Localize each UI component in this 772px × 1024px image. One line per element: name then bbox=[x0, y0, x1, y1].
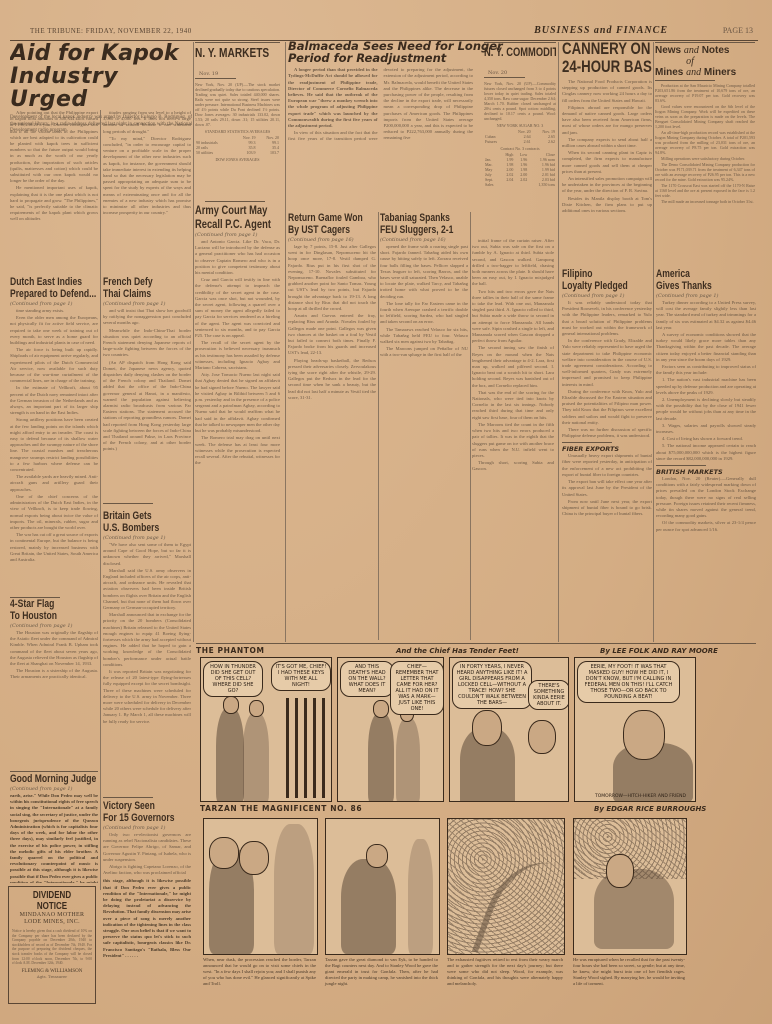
kapok-col-2: titudes ranging from sea level to a heig… bbox=[103, 110, 191, 280]
tarzan-caption-4: He was enraptured when he recalled that … bbox=[573, 957, 685, 987]
phantom-panel-2: AND THIS DEATH'S HEAD ON THE WALL? WHAT … bbox=[337, 657, 444, 802]
tarzan-caption-1: When, near dusk, the procession reached … bbox=[203, 957, 316, 987]
tabaniag-headline-1: Tabaniag Spanks bbox=[380, 212, 449, 224]
table-row: Futures2.612.62 bbox=[484, 139, 556, 144]
article-tabaniag: Tabaniag Spanks FEU Sluggers, 2-1 (Conti… bbox=[380, 212, 468, 637]
sugar-futures-table: HighLowCloseJan.1.991.961.96 nomMar.1.98… bbox=[484, 152, 556, 187]
fiber-headline: FIBER EXPORTS bbox=[562, 446, 652, 453]
sugar-table: Nov. 20Nov. 19Cuban2.642.65Futures2.612.… bbox=[484, 129, 556, 144]
tarzan-caption-3: The exhausted fugitives retired to rest … bbox=[447, 957, 563, 987]
article-britain-bombers: Britain Gets U.S. Bombers (Continued fro… bbox=[103, 510, 191, 800]
ny-commodities-headline: N. Y. COMMODITIES bbox=[484, 45, 540, 59]
phantom-panel-3: IN FORTY YEARS, I NEVER HEARD ANYTHING L… bbox=[449, 657, 569, 802]
ny-markets-headline: N. Y. MARKETS bbox=[195, 45, 261, 60]
ny-markets: N. Y. MARKETS Nov. 19 New York, Nov. 20 … bbox=[195, 42, 280, 162]
dividend-title: DIVIDEND NOTICE bbox=[20, 890, 84, 912]
army-headline-1: Army Court May bbox=[195, 203, 261, 217]
loyalty-headline-1: Filipino bbox=[562, 268, 632, 280]
phantom-title: THE PHANTOM bbox=[196, 646, 265, 655]
victory-headline-2: For 15 Governors bbox=[103, 812, 172, 824]
britain-headline-2: U.S. Bombers bbox=[103, 522, 172, 534]
phantom-panel-1: HOW IN THUNDER DID SHE GET OUT OF THIS C… bbox=[200, 657, 332, 802]
tarzan-byline: By EDGAR RICE BURROUGHS bbox=[594, 805, 706, 813]
standard-statistics-table: Nov. 19Nov. 2090 industrials99.399.120 r… bbox=[195, 135, 280, 155]
army-headline-2: Recall P.C. Agent bbox=[195, 217, 261, 231]
masthead: THE TRIBUNE: FRIDAY, NOVEMBER 22, 1940 B… bbox=[10, 26, 758, 41]
article-good-morning-judge: Good Morning Judge (Continued from page … bbox=[10, 773, 98, 883]
tarzan-title: TARZAN THE MAGNIFICENT NO. 86 bbox=[200, 804, 362, 813]
cannery-headline-2: 24-HOUR BASIS bbox=[562, 58, 632, 76]
kapok-headline-2: Industry Urged bbox=[10, 65, 192, 111]
article-news-notes-mines: News and Notes of Mines and Miners Produ… bbox=[655, 42, 755, 237]
article-victory-seen: Victory Seen For 15 Governors (Continued… bbox=[103, 800, 191, 1010]
article-filipino-loyalty: Filipino Loyalty Pledged (Continued from… bbox=[562, 268, 652, 640]
cannery-headline-1: CANNERY ON bbox=[562, 40, 632, 58]
dividend-notice: DIVIDEND NOTICE MINDANAO MOTHER LODE MIN… bbox=[8, 886, 96, 1004]
page-number: PAGE 13 bbox=[723, 26, 753, 35]
british-markets-headline: BRITISH MARKETS bbox=[656, 469, 756, 476]
tarzan-panel-4 bbox=[573, 818, 687, 955]
tarzan-panel-1 bbox=[203, 818, 318, 955]
section-title: BUSINESS and FINANCE bbox=[534, 25, 668, 36]
article-army-court: Army Court May Recall P.C. Agent (Contin… bbox=[195, 203, 280, 640]
judge-headline: Good Morning Judge bbox=[10, 773, 79, 785]
dutch-headline-2: Prepared to Defend... bbox=[10, 288, 79, 300]
phantom-panel-4: EERIE, MY FOOT! IT WAS THAT MASKED GUY! … bbox=[574, 657, 696, 802]
loyalty-headline-2: Loyalty Pledged bbox=[562, 280, 632, 292]
article-four-star-flag: 4-Star Flag To Houston (Continued from p… bbox=[10, 598, 98, 696]
return-game-headline-1: Return Game Won bbox=[288, 212, 357, 224]
newspaper-page: THE TRIBUNE: FRIDAY, NOVEMBER 22, 1940 B… bbox=[0, 0, 772, 1024]
america-headline-1: America bbox=[656, 268, 734, 280]
article-dutch-east-indies: Dutch East Indies Prepared to Defend... … bbox=[10, 276, 98, 576]
tarzan-panel-2 bbox=[325, 818, 440, 955]
tarzan-caption-2: Tarzan gave the great diamond to van Eyk… bbox=[325, 957, 438, 987]
ny-commodities: N. Y. COMMODITIES Nov. 20 New York, Nov.… bbox=[484, 42, 556, 202]
article-french-defy: French Defy Thai Claims (Continued from … bbox=[103, 276, 191, 486]
french-headline-1: French Defy bbox=[103, 276, 172, 288]
dutch-headline-1: Dutch East Indies bbox=[10, 276, 79, 288]
kapok-headline-1: Aid for Kapok bbox=[10, 42, 192, 65]
houston-headline-1: 4-Star Flag bbox=[10, 598, 79, 610]
houston-headline-2: To Houston bbox=[10, 610, 79, 622]
kapok-col-1: After pointing out that the Philippine e… bbox=[10, 110, 98, 298]
masthead-dateline: THE TRIBUNE: FRIDAY, NOVEMBER 22, 1940 bbox=[30, 27, 192, 35]
america-headline-2: Gives Thanks bbox=[656, 280, 734, 292]
britain-headline-1: Britain Gets bbox=[103, 510, 172, 522]
baseball-continuation: initial frame of the curtain raiser. Aft… bbox=[472, 238, 554, 638]
phantom-byline: By LEE FOLK AND RAY MOORE bbox=[600, 647, 718, 655]
victory-headline-1: Victory Seen bbox=[103, 800, 172, 812]
tabaniag-headline-2: FEU Sluggers, 2-1 bbox=[380, 224, 449, 236]
article-return-game: Return Game Won By UST Cagers (Continued… bbox=[288, 212, 376, 637]
return-game-headline-2: By UST Cagers bbox=[288, 224, 357, 236]
table-row: Sales1,350 tons bbox=[484, 182, 556, 187]
article-cannery: CANNERY ON 24-HOUR BASIS The National Fo… bbox=[562, 40, 652, 215]
tarzan-panel-3 bbox=[447, 818, 565, 955]
article-america-thanks: America Gives Thanks (Continued from pag… bbox=[656, 268, 756, 640]
phantom-subtitle: And the Chief Has Tender Feet! bbox=[396, 647, 519, 655]
table-row: 50 utilities103.9103.7 bbox=[195, 150, 280, 155]
french-headline-2: Thai Claims bbox=[103, 288, 172, 300]
